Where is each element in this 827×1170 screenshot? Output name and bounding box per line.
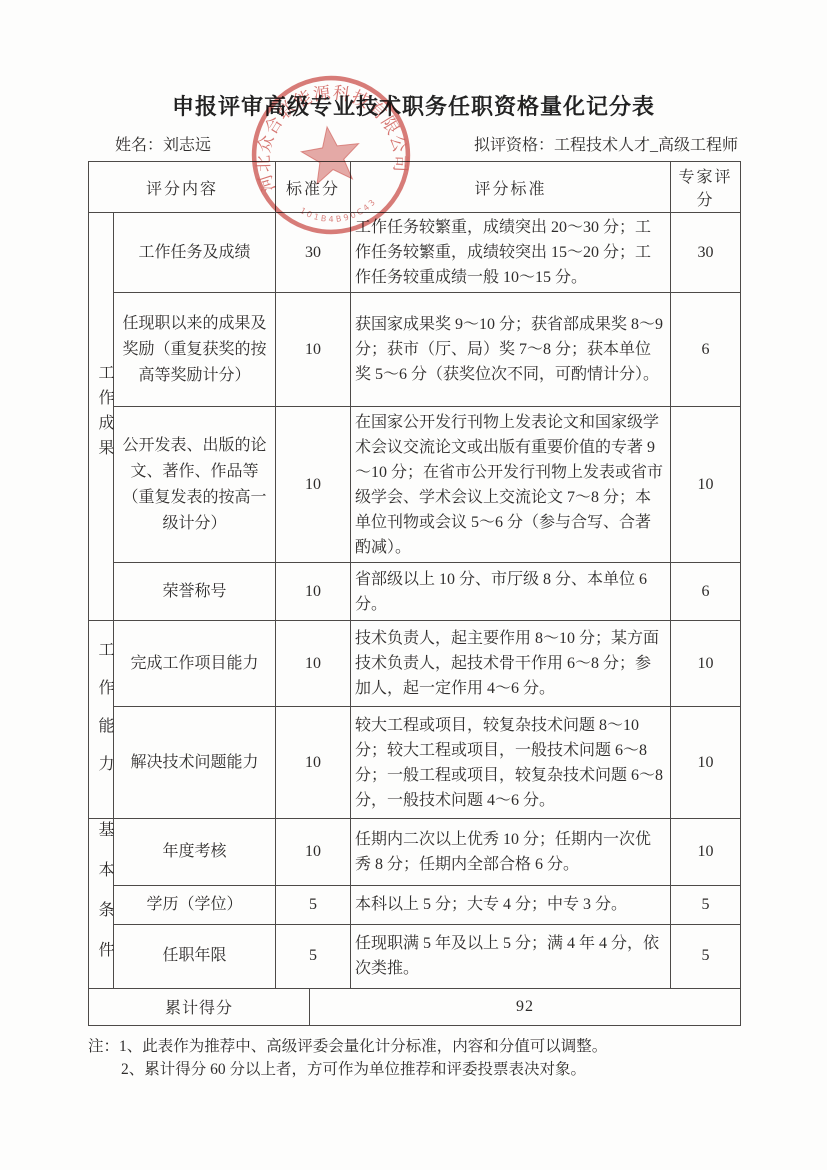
criteria-text: 本科以上 5 分；大专 4 分；中专 3 分。	[351, 885, 671, 924]
table-row: 解决技术问题能力 10 较大工程或项目，较复杂技术问题 8～10 分；较大工程或…	[89, 707, 741, 819]
applicant-name: 姓名：刘志远	[88, 132, 211, 155]
table-row: 任职年限 5 任现职满 5 年及以上 5 分；满 4 年 4 分，依次类推。 5	[89, 924, 741, 989]
group-label: 工作成果	[93, 364, 116, 464]
expert-score-value: 10	[671, 407, 741, 563]
table-header-row: 评分内容 标准分 评分标准 专家评分	[89, 162, 741, 213]
proposed-qualification: 拟评资格：工程技术人才_高级工程师	[474, 132, 740, 155]
group-work-achievements: 工作成果	[89, 213, 114, 621]
item-label: 任现职以来的成果及奖励（重复获奖的按高等奖励计分）	[114, 293, 276, 407]
table-row: 基本条件 年度考核 10 任期内二次以上优秀 10 分；任期内一次优秀 8 分；…	[89, 819, 741, 886]
criteria-text: 技术负责人，起主要作用 8～10 分；某方面技术负责人，起技术骨干作用 6～8 …	[351, 621, 671, 707]
table-row: 荣誉称号 10 省部级以上 10 分、市厅级 8 分、本单位 6 分。 6	[89, 563, 741, 621]
expert-score-value: 10	[671, 621, 741, 707]
expert-score-value: 5	[671, 885, 741, 924]
standard-score-value: 10	[276, 707, 351, 819]
standard-score-value: 10	[276, 621, 351, 707]
criteria-text: 任期内二次以上优秀 10 分；任期内一次优秀 8 分；任期内全部合格 6 分。	[351, 819, 671, 886]
table-row: 工作成果 工作任务及成绩 30 工作任务较繁重，成绩突出 20～30 分；工作任…	[89, 213, 741, 293]
expert-score-value: 10	[671, 707, 741, 819]
group-label: 工作能力	[93, 641, 116, 793]
document-page: 申报评审高级专业技术职务任职资格量化记分表 姓名：刘志远 拟评资格：工程技术人才…	[0, 0, 827, 1170]
footnote-2: 2、累计得分 60 分以上者，方可作为单位推荐和评委投票表决对象。	[88, 1058, 827, 1081]
table-row: 公开发表、出版的论文、著作、作品等（重复发表的按高一级计分） 10 在国家公开发…	[89, 407, 741, 563]
group-work-ability: 工作能力	[89, 621, 114, 819]
total-score-value: 92	[310, 988, 741, 1025]
expert-score-value: 5	[671, 924, 741, 989]
item-label: 解决技术问题能力	[114, 707, 276, 819]
header-criteria: 评分标准	[351, 162, 671, 213]
criteria-text: 工作任务较繁重，成绩突出 20～30 分；工作任务较繁重，成绩较突出 15～20…	[351, 213, 671, 293]
standard-score-value: 10	[276, 293, 351, 407]
standard-score-value: 10	[276, 407, 351, 563]
expert-score-value: 30	[671, 213, 741, 293]
expert-score-value: 6	[671, 563, 741, 621]
criteria-text: 获国家成果奖 9～10 分；获省部成果奖 8～9 分；获市（厅、局）奖 7～8 …	[351, 293, 671, 407]
header-standard-score: 标准分	[276, 162, 351, 213]
header-expert-score: 专家评分	[671, 162, 741, 213]
standard-score-value: 5	[276, 885, 351, 924]
standard-score-value: 10	[276, 819, 351, 886]
meta-row: 姓名：刘志远 拟评资格：工程技术人才_高级工程师	[88, 132, 740, 155]
group-basic-conditions: 基本条件	[89, 819, 114, 989]
total-score-row: 累计得分 92	[88, 988, 741, 1026]
criteria-text: 较大工程或项目，较复杂技术问题 8～10 分；较大工程或项目，一般技术问题 6～…	[351, 707, 671, 819]
item-label: 学历（学位）	[114, 885, 276, 924]
footnotes: 注：1、此表作为推荐中、高级评委会量化计分标准，内容和分值可以调整。 2、累计得…	[88, 1035, 827, 1081]
item-label: 荣誉称号	[114, 563, 276, 621]
item-label: 年度考核	[114, 819, 276, 886]
table-row: 学历（学位） 5 本科以上 5 分；大专 4 分；中专 3 分。 5	[89, 885, 741, 924]
item-label: 工作任务及成绩	[114, 213, 276, 293]
item-label: 公开发表、出版的论文、著作、作品等（重复发表的按高一级计分）	[114, 407, 276, 563]
standard-score-value: 5	[276, 924, 351, 989]
criteria-text: 在国家公开发行刊物上发表论文和国家级学术会议交流论文或出版有重要价值的专著 9～…	[351, 407, 671, 563]
group-label: 基本条件	[93, 821, 116, 981]
score-table: 评分内容 标准分 评分标准 专家评分 工作成果 工作任务及成绩 30 工作任务较…	[88, 161, 741, 989]
table-row: 工作能力 完成工作项目能力 10 技术负责人，起主要作用 8～10 分；某方面技…	[89, 621, 741, 707]
table-row: 任现职以来的成果及奖励（重复获奖的按高等奖励计分） 10 获国家成果奖 9～10…	[89, 293, 741, 407]
total-score-label: 累计得分	[89, 988, 310, 1025]
criteria-text: 任现职满 5 年及以上 5 分；满 4 年 4 分，依次类推。	[351, 924, 671, 989]
expert-score-value: 6	[671, 293, 741, 407]
page-title: 申报评审高级专业技术职务任职资格量化记分表	[0, 0, 827, 121]
item-label: 完成工作项目能力	[114, 621, 276, 707]
standard-score-value: 30	[276, 213, 351, 293]
criteria-text: 省部级以上 10 分、市厅级 8 分、本单位 6 分。	[351, 563, 671, 621]
item-label: 任职年限	[114, 924, 276, 989]
expert-score-value: 10	[671, 819, 741, 886]
footnote-1: 注：1、此表作为推荐中、高级评委会量化计分标准，内容和分值可以调整。	[88, 1035, 827, 1058]
standard-score-value: 10	[276, 563, 351, 621]
header-content: 评分内容	[89, 162, 276, 213]
